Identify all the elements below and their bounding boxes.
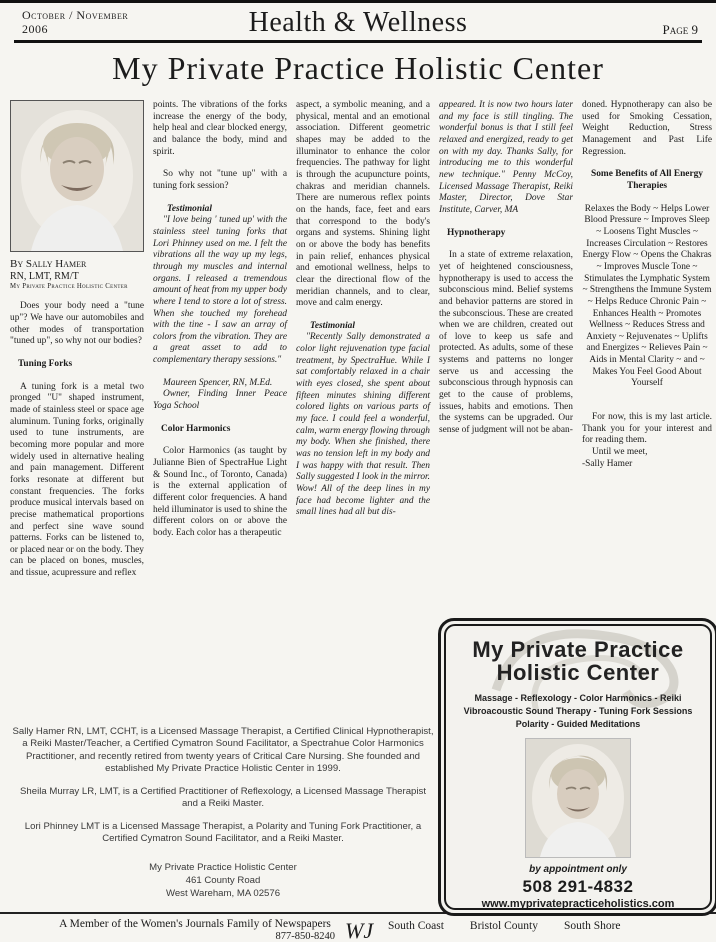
ad-photo	[525, 738, 631, 858]
ad-title-line1: My Private Practice	[446, 638, 710, 661]
advertisement-inner: My Private Practice Holistic Center Mass…	[444, 624, 712, 910]
ad-services-line3: Polarity - Guided Meditations	[446, 718, 710, 731]
section-heading-tuning-forks: Tuning Forks	[10, 359, 144, 371]
column-4: appeared. It is now two hours later and …	[439, 100, 573, 605]
footer-member-line: A Member of the Women's Journals Family …	[55, 918, 335, 942]
footer-region: South Coast	[388, 920, 444, 932]
advertisement-box: My Private Practice Holistic Center Mass…	[438, 618, 716, 916]
masthead-title: Health & Wellness	[14, 7, 702, 39]
byline-org: My Private Practice Holistic Center	[10, 283, 144, 291]
testimonial-attribution: Maureen Spencer, RN, M.Ed.	[153, 378, 287, 390]
author-portrait-image	[11, 101, 143, 251]
closing-line: Until we meet,	[582, 447, 712, 459]
bio-sally-hamer: Sally Hamer RN, LMT, CCHT, is a Licensed…	[12, 726, 434, 776]
ad-services-line2: Vibroacoustic Sound Therapy - Tuning For…	[446, 705, 710, 718]
footer-member-text: A Member of the Women's Journals Family …	[59, 918, 331, 930]
footer-regions: South Coast Bristol County South Shore	[388, 920, 688, 932]
page-header: October / November 2006 Health & Wellnes…	[14, 7, 702, 43]
ad-title: My Private Practice Holistic Center	[446, 638, 710, 684]
newspaper-page: October / November 2006 Health & Wellnes…	[0, 0, 716, 942]
testimonial-text: "Recently Sally demonstrated a color lig…	[296, 332, 430, 519]
ad-phone-number: 508 291-4832	[446, 877, 710, 897]
page-number: Page 9	[663, 22, 698, 38]
ad-website: www.myprivatepracticeholistics.com	[446, 898, 710, 910]
section-heading-benefits: Some Benefits of All Energy Therapies	[582, 169, 712, 192]
ad-portrait-image	[526, 739, 630, 857]
section-heading-color-harmonics: Color Harmonics	[153, 424, 287, 436]
paragraph: points. The vibrations of the forks incr…	[153, 100, 287, 158]
signature: -Sally Hamer	[582, 459, 712, 471]
testimonial-attribution: Owner, Finding Inner Peace Yoga School	[153, 389, 287, 412]
ad-services-line1: Massage - Reflexology - Color Harmonics …	[446, 692, 710, 705]
article-title: My Private Practice Holistic Center	[0, 50, 716, 87]
address-street: 461 County Road	[12, 875, 434, 888]
testimonial-text: "I love being ' tuned up' with the stain…	[153, 215, 287, 367]
footer-phone: 877-850-8240	[55, 931, 335, 942]
womens-journals-logo: WJ	[345, 918, 373, 942]
bio-sheila-murray: Sheila Murray LR, LMT, is a Certified Pr…	[12, 786, 434, 811]
section-heading-hypnotherapy: Hypnotherapy	[439, 228, 573, 240]
testimonial-heading: Testimonial	[153, 204, 287, 216]
ad-title-line2: Holistic Center	[446, 661, 710, 684]
testimonial-text: appeared. It is now two hours later and …	[439, 100, 573, 217]
paragraph: A tuning fork is a metal two pronged "U"…	[10, 382, 144, 580]
paragraph: doned. Hypnotherapy can also be used for…	[582, 100, 712, 158]
benefits-list: Relaxes the Body ~ Helps Lower Blood Pre…	[582, 204, 712, 391]
column-5: doned. Hypnotherapy can also be used for…	[582, 100, 712, 470]
testimonial-heading: Testimonial	[296, 321, 430, 333]
byline-credentials: RN, LMT, RM/T	[10, 271, 144, 283]
column-3: aspect, a symbolic meaning, and a physic…	[296, 100, 430, 519]
paragraph: aspect, a symbolic meaning, and a physic…	[296, 100, 430, 310]
column-1: By Sally Hamer RN, LMT, RM/T My Private …	[10, 100, 144, 580]
bio-lori-phinney: Lori Phinney LMT is a Licensed Massage T…	[12, 821, 434, 846]
paragraph: For now, this is my last article. Thank …	[582, 412, 712, 447]
address-name: My Private Practice Holistic Center	[12, 862, 434, 875]
practitioner-bios: Sally Hamer RN, LMT, CCHT, is a Licensed…	[12, 726, 434, 901]
byline: By Sally Hamer RN, LMT, RM/T My Private …	[10, 258, 144, 291]
center-address: My Private Practice Holistic Center 461 …	[12, 862, 434, 901]
paragraph: In a state of extreme relaxation, yet of…	[439, 250, 573, 437]
ad-appointment-note: by appointment only	[446, 864, 710, 875]
footer-region: South Shore	[564, 920, 621, 932]
top-rule	[0, 0, 716, 3]
author-photo	[10, 100, 144, 252]
ad-services: Massage - Reflexology - Color Harmonics …	[446, 692, 710, 731]
address-city: West Wareham, MA 02576	[12, 888, 434, 901]
paragraph: Does your body need a "tune up"? We have…	[10, 301, 144, 348]
column-2: points. The vibrations of the forks incr…	[153, 100, 287, 540]
byline-author: By Sally Hamer	[10, 258, 144, 271]
paragraph: Color Harmonics (as taught by Julianne B…	[153, 446, 287, 539]
footer-region: Bristol County	[470, 920, 538, 932]
paragraph: So why not "tune up" with a tuning fork …	[153, 169, 287, 192]
